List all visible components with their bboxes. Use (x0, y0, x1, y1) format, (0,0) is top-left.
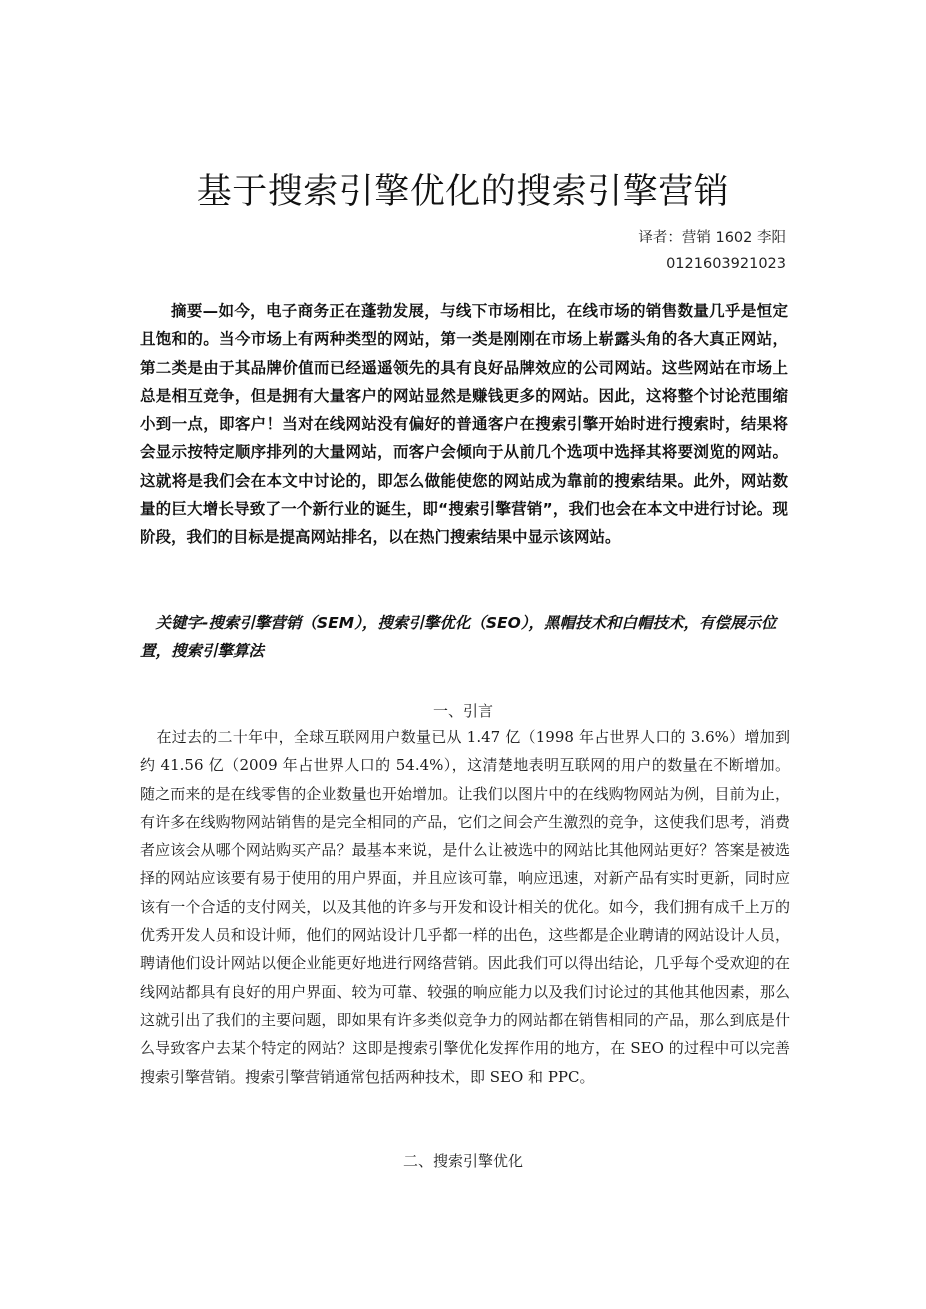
abstract-paragraph: 摘要—如今，电子商务正在蓬勃发展，与线下市场相比，在线市场的销售数量几乎是恒定且… (140, 297, 788, 552)
section-heading-introduction: 一、引言 (0, 699, 926, 723)
translator-info: 译者：营销 1602 李阳 0121603921023 (638, 225, 786, 277)
student-id: 0121603921023 (638, 251, 786, 277)
document-title: 基于搜索引擎优化的搜索引擎营销 (0, 168, 926, 216)
section-heading-seo: 二、搜索引擎优化 (0, 1149, 926, 1173)
document-page: 基于搜索引擎优化的搜索引擎营销 译者：营销 1602 李阳 0121603921… (0, 0, 926, 1309)
keywords-paragraph: 关键字-搜索引擎营销（SEM），搜索引擎优化（SEO），黑帽技术和白帽技术，有偿… (140, 609, 788, 666)
translator-line: 译者：营销 1602 李阳 (638, 225, 786, 251)
introduction-paragraph: 在过去的二十年中，全球互联网用户数量已从 1.47 亿（1998 年占世界人口的… (140, 723, 790, 1091)
